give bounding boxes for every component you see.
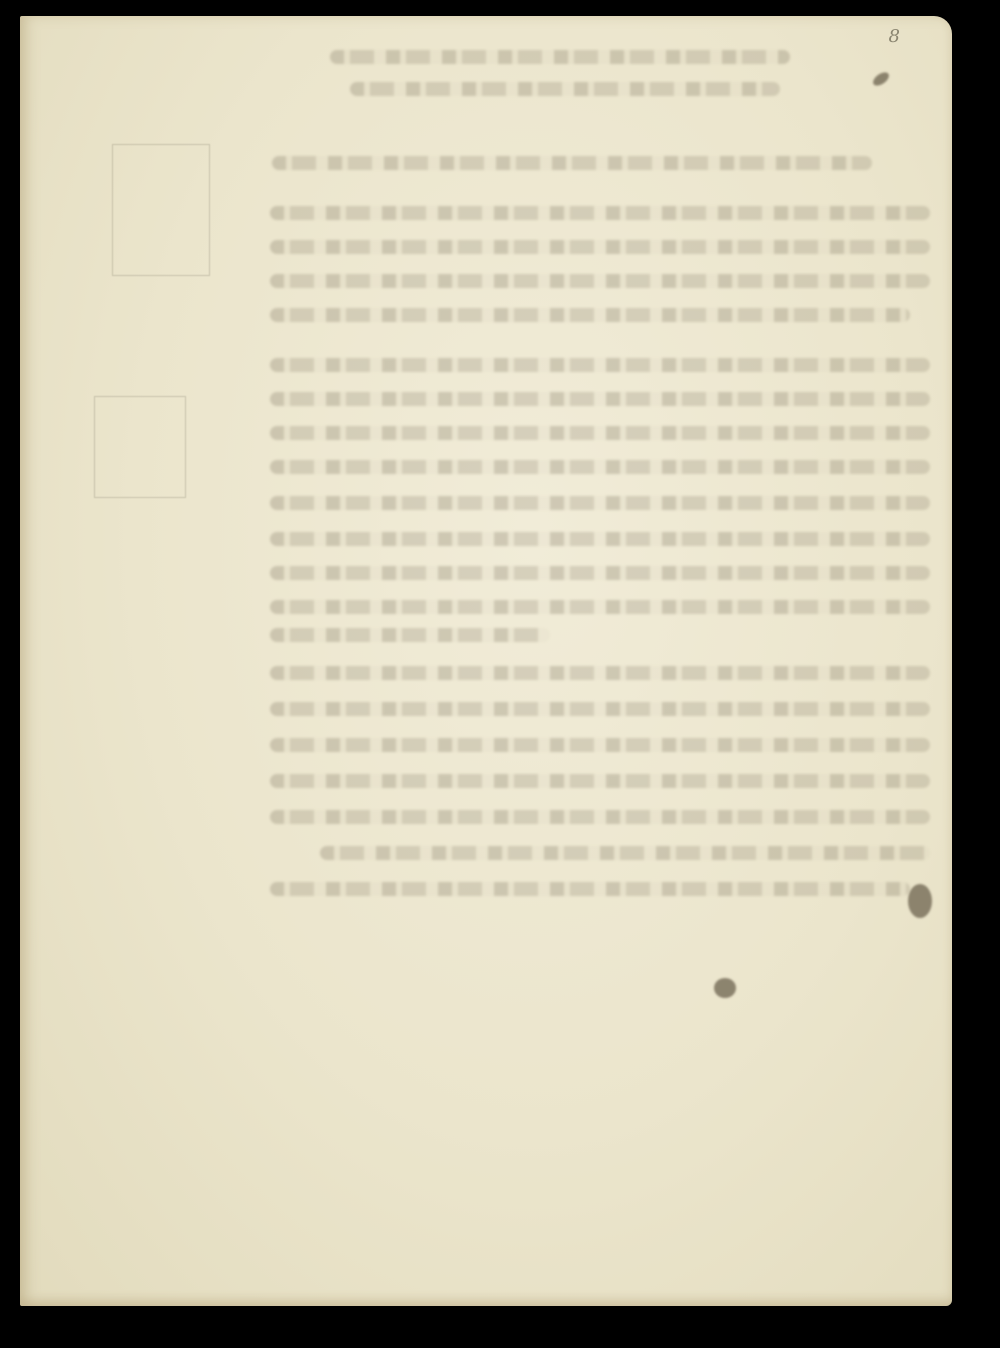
- text-line: [272, 156, 872, 170]
- text-line: [270, 666, 930, 680]
- manuscript-page: 8: [20, 16, 952, 1306]
- ink-blot: [871, 70, 891, 89]
- text-line: [270, 426, 930, 440]
- text-line: [270, 702, 930, 716]
- text-line: [270, 882, 910, 896]
- text-line: [270, 240, 930, 254]
- text-line: [270, 738, 930, 752]
- text-line: [270, 774, 930, 788]
- text-line: [270, 308, 910, 322]
- margin-sketch: [94, 396, 186, 498]
- text-line: [270, 810, 930, 824]
- text-line: [270, 274, 930, 288]
- text-line: [270, 206, 930, 220]
- margin-sketch: [112, 144, 210, 276]
- text-line: [350, 82, 780, 96]
- text-line: [330, 50, 790, 64]
- ink-blot: [908, 884, 932, 918]
- text-line: [270, 460, 930, 474]
- text-line: [270, 496, 930, 510]
- text-line: [270, 600, 930, 614]
- text-line: [270, 532, 930, 546]
- text-line: [270, 358, 930, 372]
- text-line: [270, 566, 930, 580]
- page-number: 8: [889, 26, 900, 47]
- text-line: [320, 846, 930, 860]
- text-line: [270, 628, 550, 642]
- ink-blot: [714, 978, 736, 998]
- text-line: [270, 392, 930, 406]
